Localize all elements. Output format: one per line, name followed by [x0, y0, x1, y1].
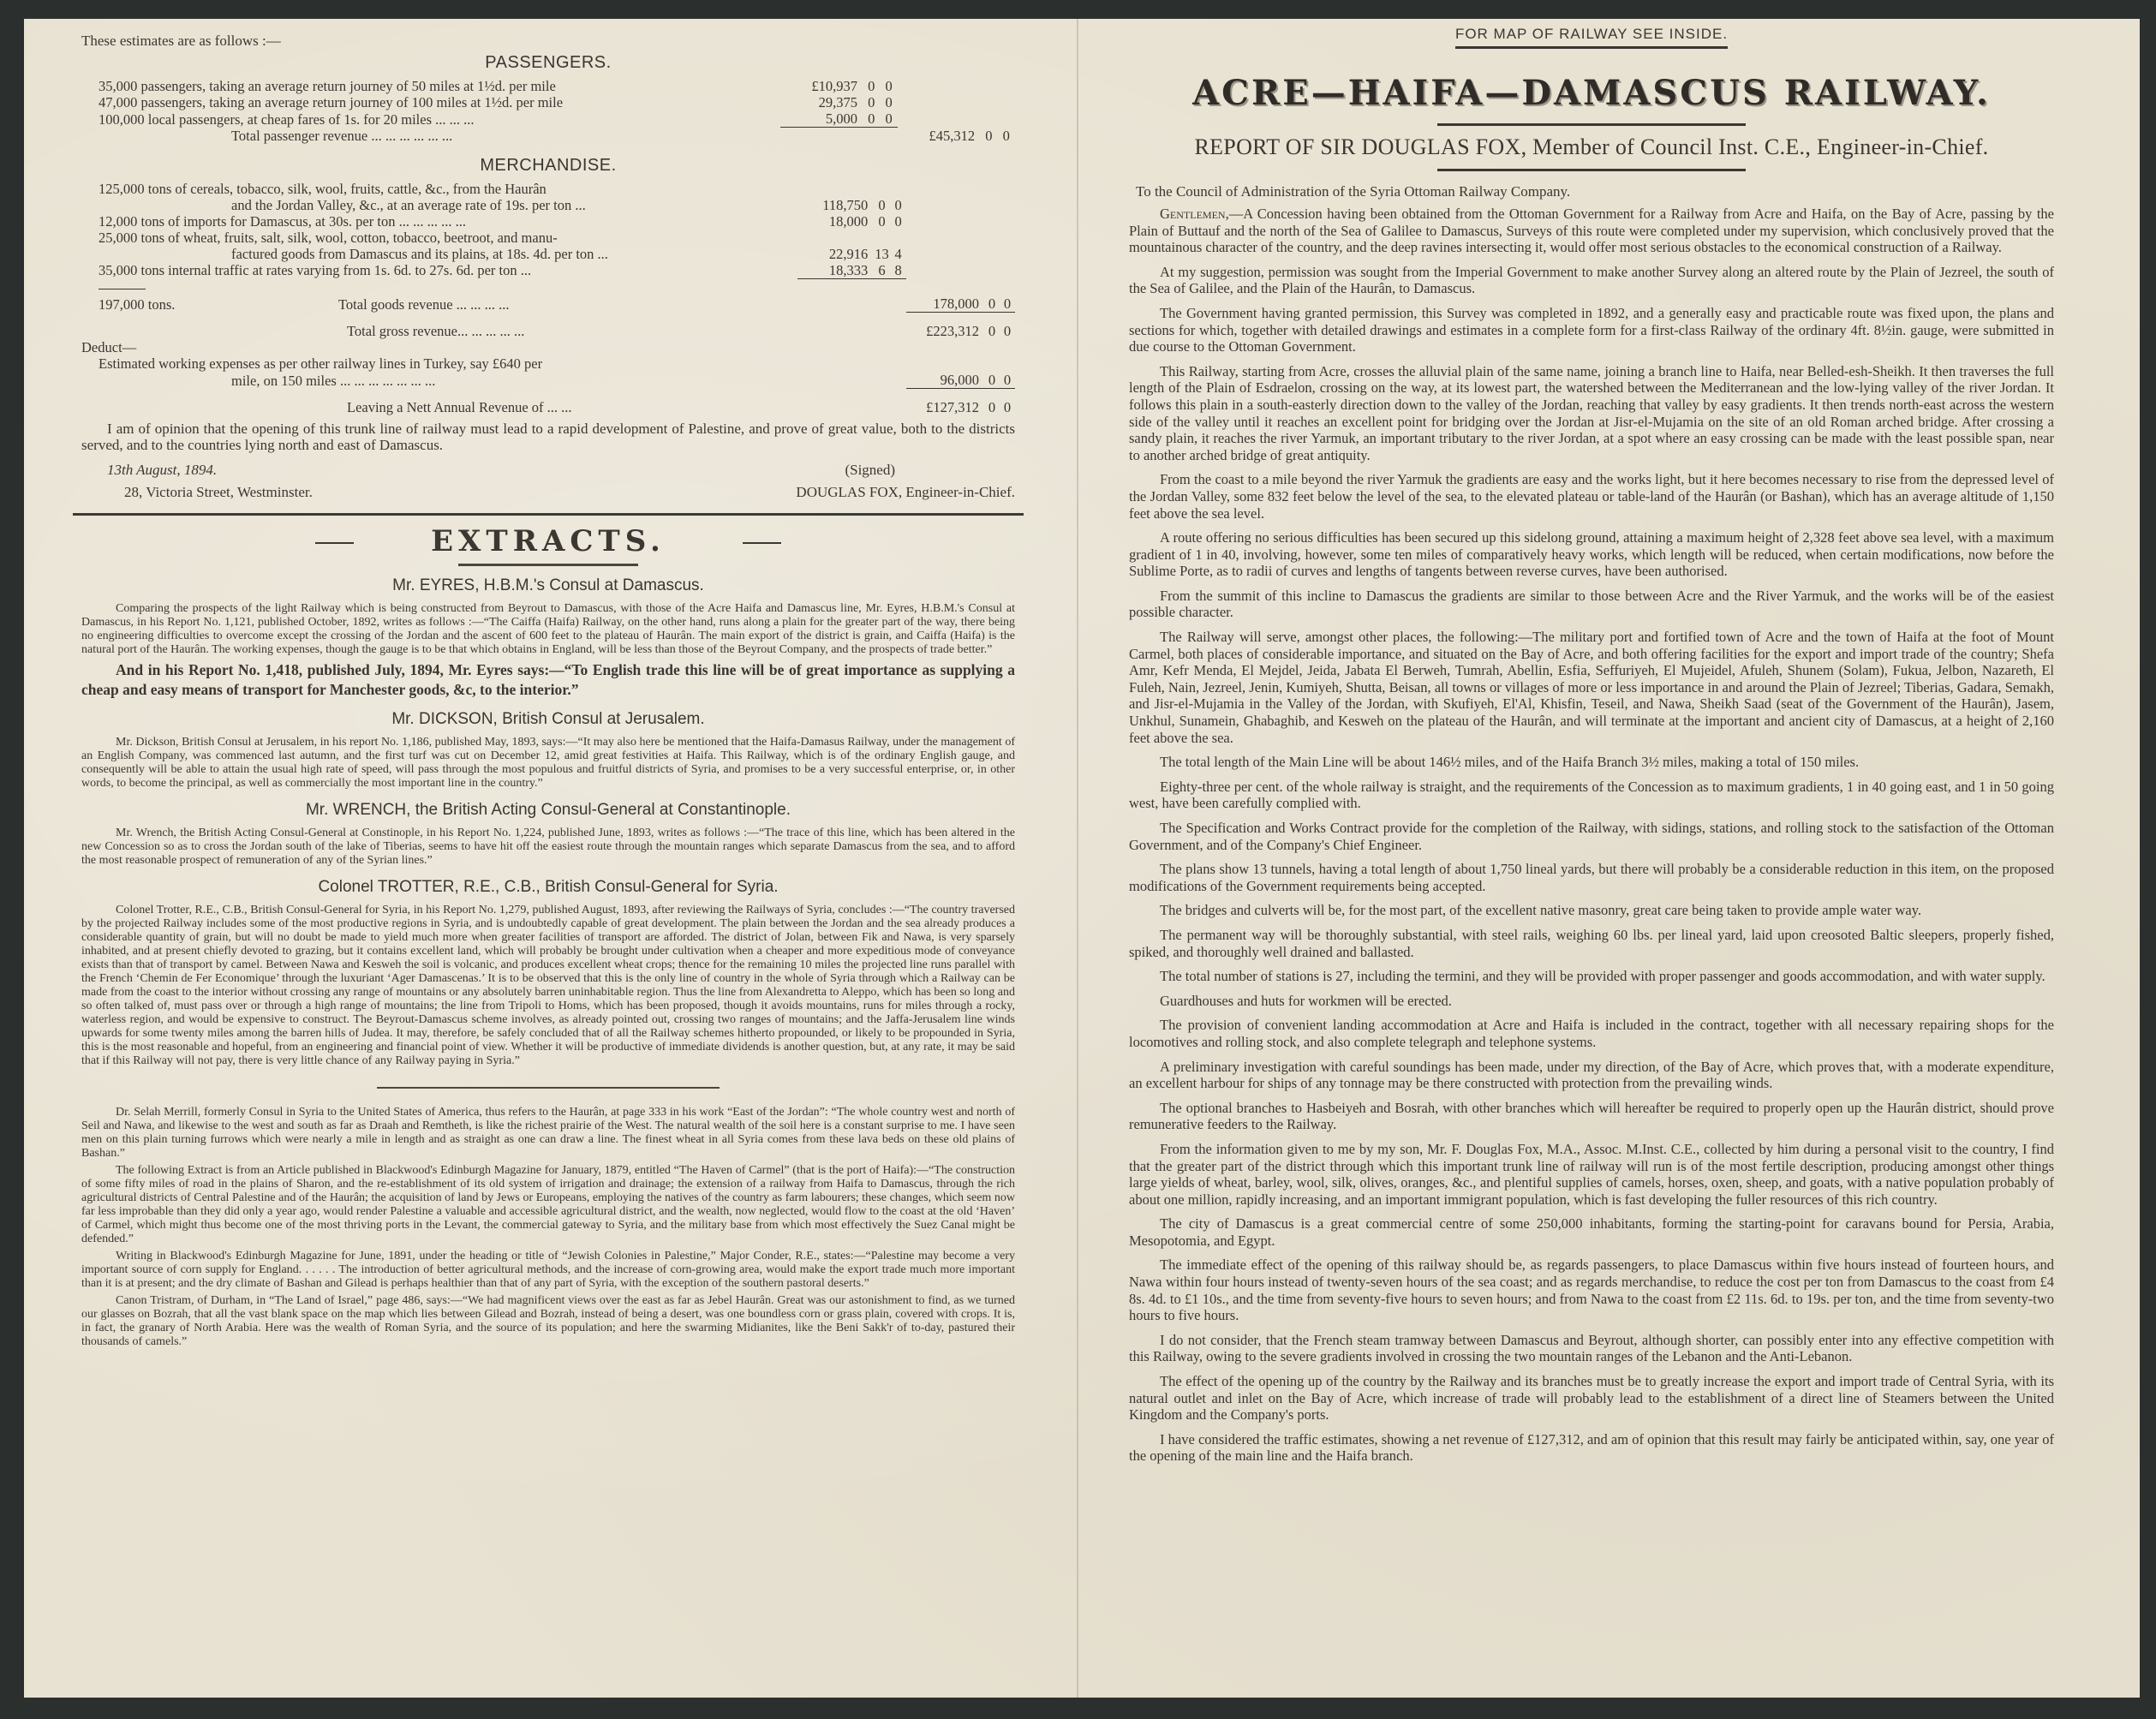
- extracts-heading: EXTRACTS.: [81, 524, 1015, 558]
- deduct-row: Estimated working expenses as per other …: [81, 355, 1015, 372]
- signature-address: 28, Victoria Street, Westminster.: [124, 484, 313, 501]
- report-address: To the Council of Administration of the …: [1136, 183, 2054, 200]
- report-paragraph: The city of Damascus is a great commerci…: [1129, 1215, 2054, 1249]
- table-row: 35,000 tons internal traffic at rates va…: [81, 262, 1015, 279]
- report-paragraph: The permanent way will be thoroughly sub…: [1129, 927, 2054, 960]
- title-rule: [1437, 169, 1746, 171]
- table-row: 12,000 tons of imports for Damascus, at …: [81, 213, 1015, 230]
- signature-name: DOUGLAS FOX, Engineer-in-Chief.: [796, 484, 1015, 501]
- signature-row-2: 28, Victoria Street, Westminster. DOUGLA…: [81, 484, 1015, 501]
- extract-blackwoods-1891: Writing in Blackwood's Edinburgh Magazin…: [81, 1250, 1015, 1291]
- report-paragraph: A route offering no serious difficulties…: [1129, 529, 2054, 580]
- report-paragraph: The bridges and culverts will be, for th…: [1129, 902, 2054, 919]
- map-note: FOR MAP OF RAILWAY SEE INSIDE.: [1129, 26, 2054, 49]
- report-paragraph: From the coast to a mile beyond the rive…: [1129, 471, 2054, 522]
- signature-date: 13th August, 1894.: [107, 462, 217, 479]
- extract-divider: [377, 1087, 720, 1089]
- deduct-row-cont: mile, on 150 miles ... ... ... ... ... .…: [81, 372, 1015, 389]
- signature-signed: (Signed): [845, 462, 895, 479]
- report-paragraph: Eighty-three per cent. of the whole rail…: [1129, 779, 2054, 812]
- report-paragraph: The Specification and Works Contract pro…: [1129, 820, 2054, 853]
- extract-body-dickson: Mr. Dickson, British Consul at Jerusalem…: [81, 736, 1015, 791]
- report-paragraph: Guardhouses and huts for workmen will be…: [1129, 993, 2054, 1010]
- extract-body-trotter: Colonel Trotter, R.E., C.B., British Con…: [81, 904, 1015, 1068]
- report-paragraph: Gentlemen,—A Concession having been obta…: [1129, 206, 2054, 256]
- report-paragraph: I have considered the traffic estimates,…: [1129, 1431, 2054, 1465]
- title-dash: [743, 542, 781, 544]
- report-paragraph: The total length of the Main Line will b…: [1129, 754, 2054, 771]
- deduct-label-row: Deduct—: [81, 339, 1015, 355]
- tons-total: 197,000 tons.: [81, 296, 338, 313]
- table-row: 125,000 tons of cereals, tobacco, silk, …: [81, 181, 1015, 197]
- extract-heading-eyres: Mr. EYRES, H.B.M.'s Consul at Damascus.: [81, 576, 1015, 595]
- table-row: factured goods from Damascus and its pla…: [81, 246, 1015, 262]
- nett-revenue-row: Leaving a Nett Annual Revenue of ... ...…: [81, 399, 1015, 415]
- report-paragraph: The immediate effect of the opening of t…: [1129, 1256, 2054, 1323]
- goods-total-row: 197,000 tons.Total goods revenue ... ...…: [81, 289, 1015, 313]
- table-row: 100,000 local passengers, at cheap fares…: [81, 110, 1015, 128]
- passengers-heading: PASSENGERS.: [81, 53, 1015, 73]
- report-paragraph: From the information given to me by my s…: [1129, 1141, 2054, 1208]
- extract-heading-wrench: Mr. WRENCH, the British Acting Consul-Ge…: [81, 801, 1015, 820]
- right-page: FOR MAP OF RAILWAY SEE INSIDE. ACRE—HAIF…: [1129, 26, 2054, 1472]
- signature-row-1: 13th August, 1894. (Signed): [81, 462, 1015, 479]
- extract-emphasis-eyres: And in his Report No. 1,418, published J…: [81, 660, 1015, 700]
- estimates-intro: These estimates are as follows :—: [81, 33, 1015, 50]
- report-paragraph: The Government having granted permission…: [1129, 305, 2054, 355]
- extract-merrill: Dr. Selah Merrill, formerly Consul in Sy…: [81, 1106, 1015, 1161]
- title-dash: [315, 542, 354, 544]
- table-row: 25,000 tons of wheat, fruits, salt, silk…: [81, 230, 1015, 246]
- report-paragraph: The optional branches to Hasbeiyeh and B…: [1129, 1100, 2054, 1133]
- merchandise-table: 125,000 tons of cereals, tobacco, silk, …: [81, 181, 1015, 416]
- extract-blackwoods-1879: The following Extract is from an Article…: [81, 1164, 1015, 1246]
- report-paragraph: This Railway, starting from Acre, crosse…: [1129, 363, 2054, 464]
- extract-body-eyres: Comparing the prospects of the light Rai…: [81, 602, 1015, 657]
- salutation: Gentlemen,: [1160, 206, 1229, 222]
- report-heading: REPORT OF SIR DOUGLAS FOX, Member of Cou…: [1129, 134, 2054, 160]
- merchandise-heading: MERCHANDISE.: [81, 156, 1015, 176]
- gross-total-row: Total gross revenue... ... ... ... ... £…: [81, 323, 1015, 339]
- total-row: Total passenger revenue ... ... ... ... …: [81, 128, 1015, 144]
- report-paragraph: The effect of the opening up of the coun…: [1129, 1373, 2054, 1424]
- title-rule: [458, 564, 638, 566]
- report-paragraph: A preliminary investigation with careful…: [1129, 1059, 2054, 1092]
- section-divider: [73, 513, 1024, 516]
- report-paragraph: The total number of stations is 27, incl…: [1129, 968, 2054, 985]
- report-paragraph: The plans show 13 tunnels, having a tota…: [1129, 861, 2054, 894]
- passengers-table: 35,000 passengers, taking an average ret…: [81, 78, 1015, 144]
- table-row: and the Jordan Valley, &c., at an averag…: [81, 197, 1015, 213]
- report-paragraph: At my suggestion, permission was sought …: [1129, 264, 2054, 297]
- document-title: ACRE—HAIFA—DAMASCUS RAILWAY.: [1129, 73, 2054, 113]
- extract-heading-dickson: Mr. DICKSON, British Consul at Jerusalem…: [81, 710, 1015, 729]
- extract-tristram: Canon Tristram, of Durham, in “The Land …: [81, 1294, 1015, 1349]
- report-paragraph: I do not consider, that the French steam…: [1129, 1332, 2054, 1365]
- page-fold: [1077, 19, 1078, 1698]
- report-paragraph: From the summit of this incline to Damas…: [1129, 588, 2054, 621]
- extract-heading-trotter: Colonel TROTTER, R.E., C.B., British Con…: [81, 878, 1015, 897]
- extract-body-wrench: Mr. Wrench, the British Acting Consul-Ge…: [81, 827, 1015, 868]
- left-page: These estimates are as follows :— PASSEN…: [81, 33, 1015, 1352]
- title-rule: [1437, 123, 1746, 126]
- report-paragraph: The Railway will serve, amongst other pl…: [1129, 629, 2054, 746]
- opinion-paragraph: I am of opinion that the opening of this…: [81, 421, 1015, 453]
- report-paragraph: The provision of convenient landing acco…: [1129, 1017, 2054, 1050]
- table-row: 35,000 passengers, taking an average ret…: [81, 78, 1015, 94]
- table-row: 47,000 passengers, taking an average ret…: [81, 94, 1015, 110]
